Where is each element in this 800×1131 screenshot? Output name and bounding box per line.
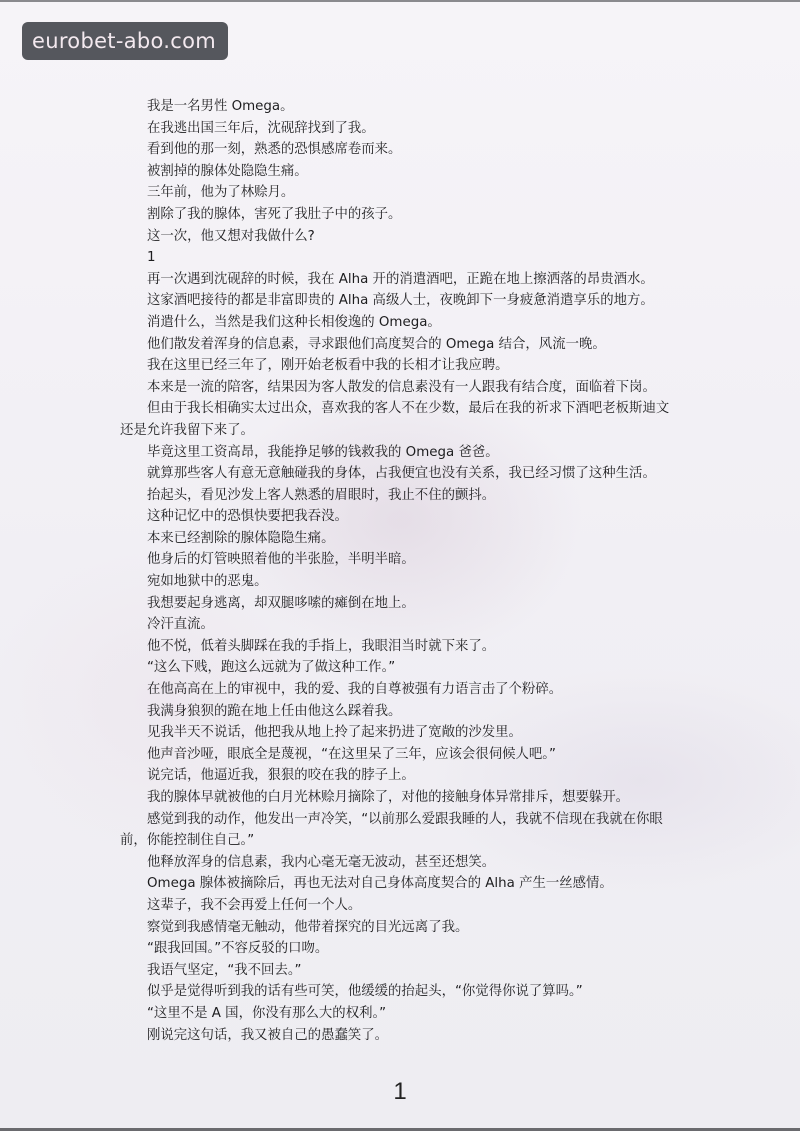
text-line: 他不悦，低着头脚踩在我的手指上，我眼泪当时就下来了。 xyxy=(120,636,680,658)
text-line: 他声音沙哑，眼底全是蔑视，“在这里呆了三年，应该会很伺候人吧。” xyxy=(120,744,680,766)
text-line: 割除了我的腺体，害死了我肚子中的孩子。 xyxy=(120,204,680,226)
page-number: 1 xyxy=(0,1078,800,1106)
text-line: 他们散发着浑身的信息素，寻求跟他们高度契合的 Omega 结合，风流一晚。 xyxy=(120,334,680,356)
text-line: “这么下贱，跑这么远就为了做这种工作。” xyxy=(120,657,680,679)
text-line: 说完话，他逼近我，狠狠的咬在我的脖子上。 xyxy=(120,765,680,787)
text-line: 再一次遇到沈砚辞的时候，我在 Alha 开的消遣酒吧，正跪在地上擦洒落的昂贵酒水… xyxy=(120,269,680,291)
text-line: 我想要起身逃离，却双腿哆嗦的瘫倒在地上。 xyxy=(120,593,680,615)
text-line: 刚说完这句话，我又被自己的愚蠢笑了。 xyxy=(120,1025,680,1047)
text-line: 察觉到我感情毫无触动，他带着探究的目光远离了我。 xyxy=(120,917,680,939)
text-line: 感觉到我的动作，他发出一声冷笑，“以前那么爱跟我睡的人，我就不信现在我就在你眼前… xyxy=(120,809,680,852)
text-line: 我是一名男性 Omega。 xyxy=(120,96,680,118)
text-line: 在我逃出国三年后，沈砚辞找到了我。 xyxy=(120,118,680,140)
top-border xyxy=(0,0,800,2)
watermark-badge: eurobet-abo.com xyxy=(22,22,228,60)
document-body: 我是一名男性 Omega。 在我逃出国三年后，沈砚辞找到了我。 看到他的那一刻，… xyxy=(120,96,680,1046)
text-line: 就算那些客人有意无意触碰我的身体，占我便宜也没有关系，我已经习惯了这种生活。 xyxy=(120,463,680,485)
text-line: 但由于我长相确实太过出众，喜欢我的客人不在少数，最后在我的祈求下酒吧老板斯迪文还… xyxy=(120,398,680,441)
text-line: 抬起头，看见沙发上客人熟悉的眉眼时，我止不住的颤抖。 xyxy=(120,485,680,507)
chapter-number: 1 xyxy=(120,247,680,269)
text-line: 本来是一流的陪客，结果因为客人散发的信息素没有一人跟我有结合度，面临着下岗。 xyxy=(120,377,680,399)
text-line: 这家酒吧接待的都是非富即贵的 Alha 高级人士，夜晚卸下一身疲惫消遣享乐的地方… xyxy=(120,290,680,312)
text-line: 三年前，他为了林赊月。 xyxy=(120,182,680,204)
text-line: 本来已经割除的腺体隐隐生痛。 xyxy=(120,528,680,550)
text-line: 见我半天不说话，他把我从地上拎了起来扔进了宽敞的沙发里。 xyxy=(120,722,680,744)
text-line: Omega 腺体被摘除后，再也无法对自己身体高度契合的 Alha 产生一丝感情。 xyxy=(120,873,680,895)
text-line: “这里不是 A 国，你没有那么大的权利。” xyxy=(120,1003,680,1025)
text-line: 这一次，他又想对我做什么? xyxy=(120,226,680,248)
text-line: 我的腺体早就被他的白月光林赊月摘除了，对他的接触身体异常排斥，想要躲开。 xyxy=(120,787,680,809)
text-line: 似乎是觉得听到我的话有些可笑，他缓缓的抬起头，“你觉得你说了算吗。” xyxy=(120,981,680,1003)
text-line: 这辈子，我不会再爱上任何一个人。 xyxy=(120,895,680,917)
text-line: “跟我回国。”不容反驳的口吻。 xyxy=(120,938,680,960)
text-line: 这种记忆中的恐惧快要把我吞没。 xyxy=(120,506,680,528)
text-line: 消遣什么，当然是我们这种长相俊逸的 Omega。 xyxy=(120,312,680,334)
text-line: 毕竟这里工资高昂，我能挣足够的钱救我的 Omega 爸爸。 xyxy=(120,442,680,464)
text-line: 在他高高在上的审视中，我的爱、我的自尊被强有力语言击了个粉碎。 xyxy=(120,679,680,701)
text-line: 宛如地狱中的恶鬼。 xyxy=(120,571,680,593)
text-line: 他身后的灯管映照着他的半张脸，半明半暗。 xyxy=(120,549,680,571)
text-line: 我语气坚定，“我不回去。” xyxy=(120,960,680,982)
text-line: 看到他的那一刻，熟悉的恐惧感席卷而来。 xyxy=(120,139,680,161)
text-line: 被割掉的腺体处隐隐生痛。 xyxy=(120,161,680,183)
text-line: 他释放浑身的信息素，我内心毫无毫无波动，甚至还想笑。 xyxy=(120,852,680,874)
text-line: 我满身狼狈的跪在地上任由他这么踩着我。 xyxy=(120,701,680,723)
text-line: 冷汗直流。 xyxy=(120,614,680,636)
text-line: 我在这里已经三年了，刚开始老板看中我的长相才让我应聘。 xyxy=(120,355,680,377)
